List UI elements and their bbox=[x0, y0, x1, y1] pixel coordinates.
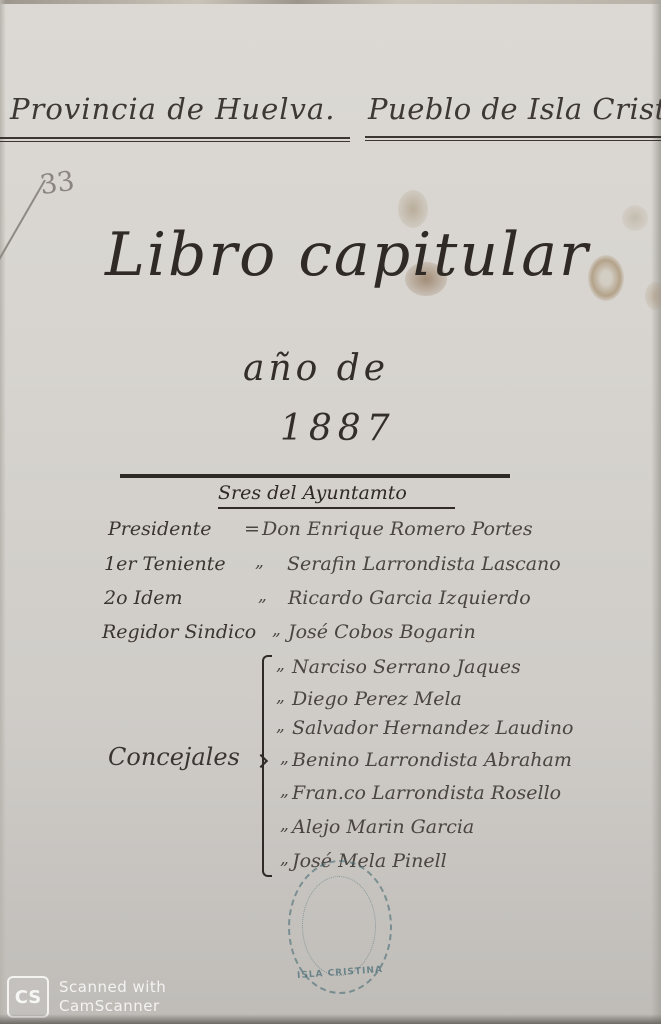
councilor-name: Narciso Serrano Jaques bbox=[292, 656, 521, 678]
councilor-name: Fran.co Larrondista Rosello bbox=[292, 782, 561, 804]
scanned-document-page: Provincia de Huelva. Pueblo de Isla Cris… bbox=[0, 0, 661, 1024]
ditto-mark: „ bbox=[276, 716, 285, 736]
stain-spot bbox=[622, 205, 648, 231]
municipal-seal-stamp: ISLA CRISTINA bbox=[288, 860, 392, 994]
official-role: Presidente bbox=[108, 518, 211, 540]
page-top-edge bbox=[0, 0, 661, 4]
official-role: 2o Idem bbox=[104, 587, 183, 609]
ditto-mark: „ bbox=[276, 687, 285, 707]
year-label: año de bbox=[243, 348, 389, 389]
councilors-label: Concejales bbox=[108, 743, 240, 771]
official-separator: „ bbox=[258, 586, 267, 606]
camscanner-logo-icon: CS bbox=[7, 976, 49, 1018]
official-name: Ricardo Garcia Izquierdo bbox=[288, 587, 531, 609]
official-name: Serafin Larrondista Lascano bbox=[287, 553, 561, 575]
ditto-mark: „ bbox=[276, 655, 285, 675]
header-town: Pueblo de Isla Cristina bbox=[368, 92, 661, 126]
section-divider bbox=[120, 474, 510, 478]
camscanner-watermark: CS Scanned with CamScanner bbox=[7, 976, 166, 1018]
watermark-line-1: Scanned with bbox=[59, 978, 166, 997]
header-rule-left-double bbox=[0, 141, 350, 142]
ditto-mark: „ bbox=[280, 781, 289, 801]
stain-spot bbox=[645, 282, 661, 310]
year-value: 1887 bbox=[280, 408, 396, 449]
ditto-mark: „ bbox=[280, 849, 289, 869]
header-rule-right bbox=[365, 136, 661, 138]
section-heading: Sres del Ayuntamto bbox=[218, 482, 407, 504]
document-title: Libro capitular bbox=[105, 220, 590, 290]
councilor-name: Alejo Marin Garcia bbox=[292, 816, 474, 838]
page-bottom-edge bbox=[0, 1014, 661, 1024]
seal-inner-ring bbox=[302, 876, 376, 976]
official-role: Regidor Sindico bbox=[102, 621, 256, 643]
official-separator: „ bbox=[255, 552, 264, 572]
header-province: Provincia de Huelva. bbox=[10, 92, 335, 126]
official-name: Don Enrique Romero Portes bbox=[262, 518, 533, 540]
ditto-mark: „ bbox=[280, 748, 289, 768]
councilors-brace bbox=[262, 655, 272, 877]
councilor-name: Diego Perez Mela bbox=[292, 688, 462, 710]
councilor-name: Salvador Hernandez Laudino bbox=[292, 717, 573, 739]
seal-text: ISLA CRISTINA bbox=[290, 965, 390, 982]
folio-slash-mark bbox=[0, 180, 46, 263]
official-separator: „ bbox=[272, 620, 281, 640]
page-right-edge bbox=[651, 0, 661, 1024]
header-rule-right-double bbox=[365, 140, 661, 141]
stain-spot bbox=[588, 255, 624, 301]
watermark-text: Scanned with CamScanner bbox=[59, 978, 166, 1016]
official-separator: = bbox=[244, 518, 260, 540]
official-name: José Cobos Bogarin bbox=[288, 621, 476, 643]
ditto-mark: „ bbox=[280, 815, 289, 835]
councilor-name: Benino Larrondista Abraham bbox=[292, 749, 572, 771]
section-heading-underline bbox=[218, 507, 455, 509]
official-role: 1er Teniente bbox=[104, 553, 226, 575]
page-left-edge bbox=[0, 0, 6, 1024]
header-rule-left bbox=[0, 137, 350, 139]
